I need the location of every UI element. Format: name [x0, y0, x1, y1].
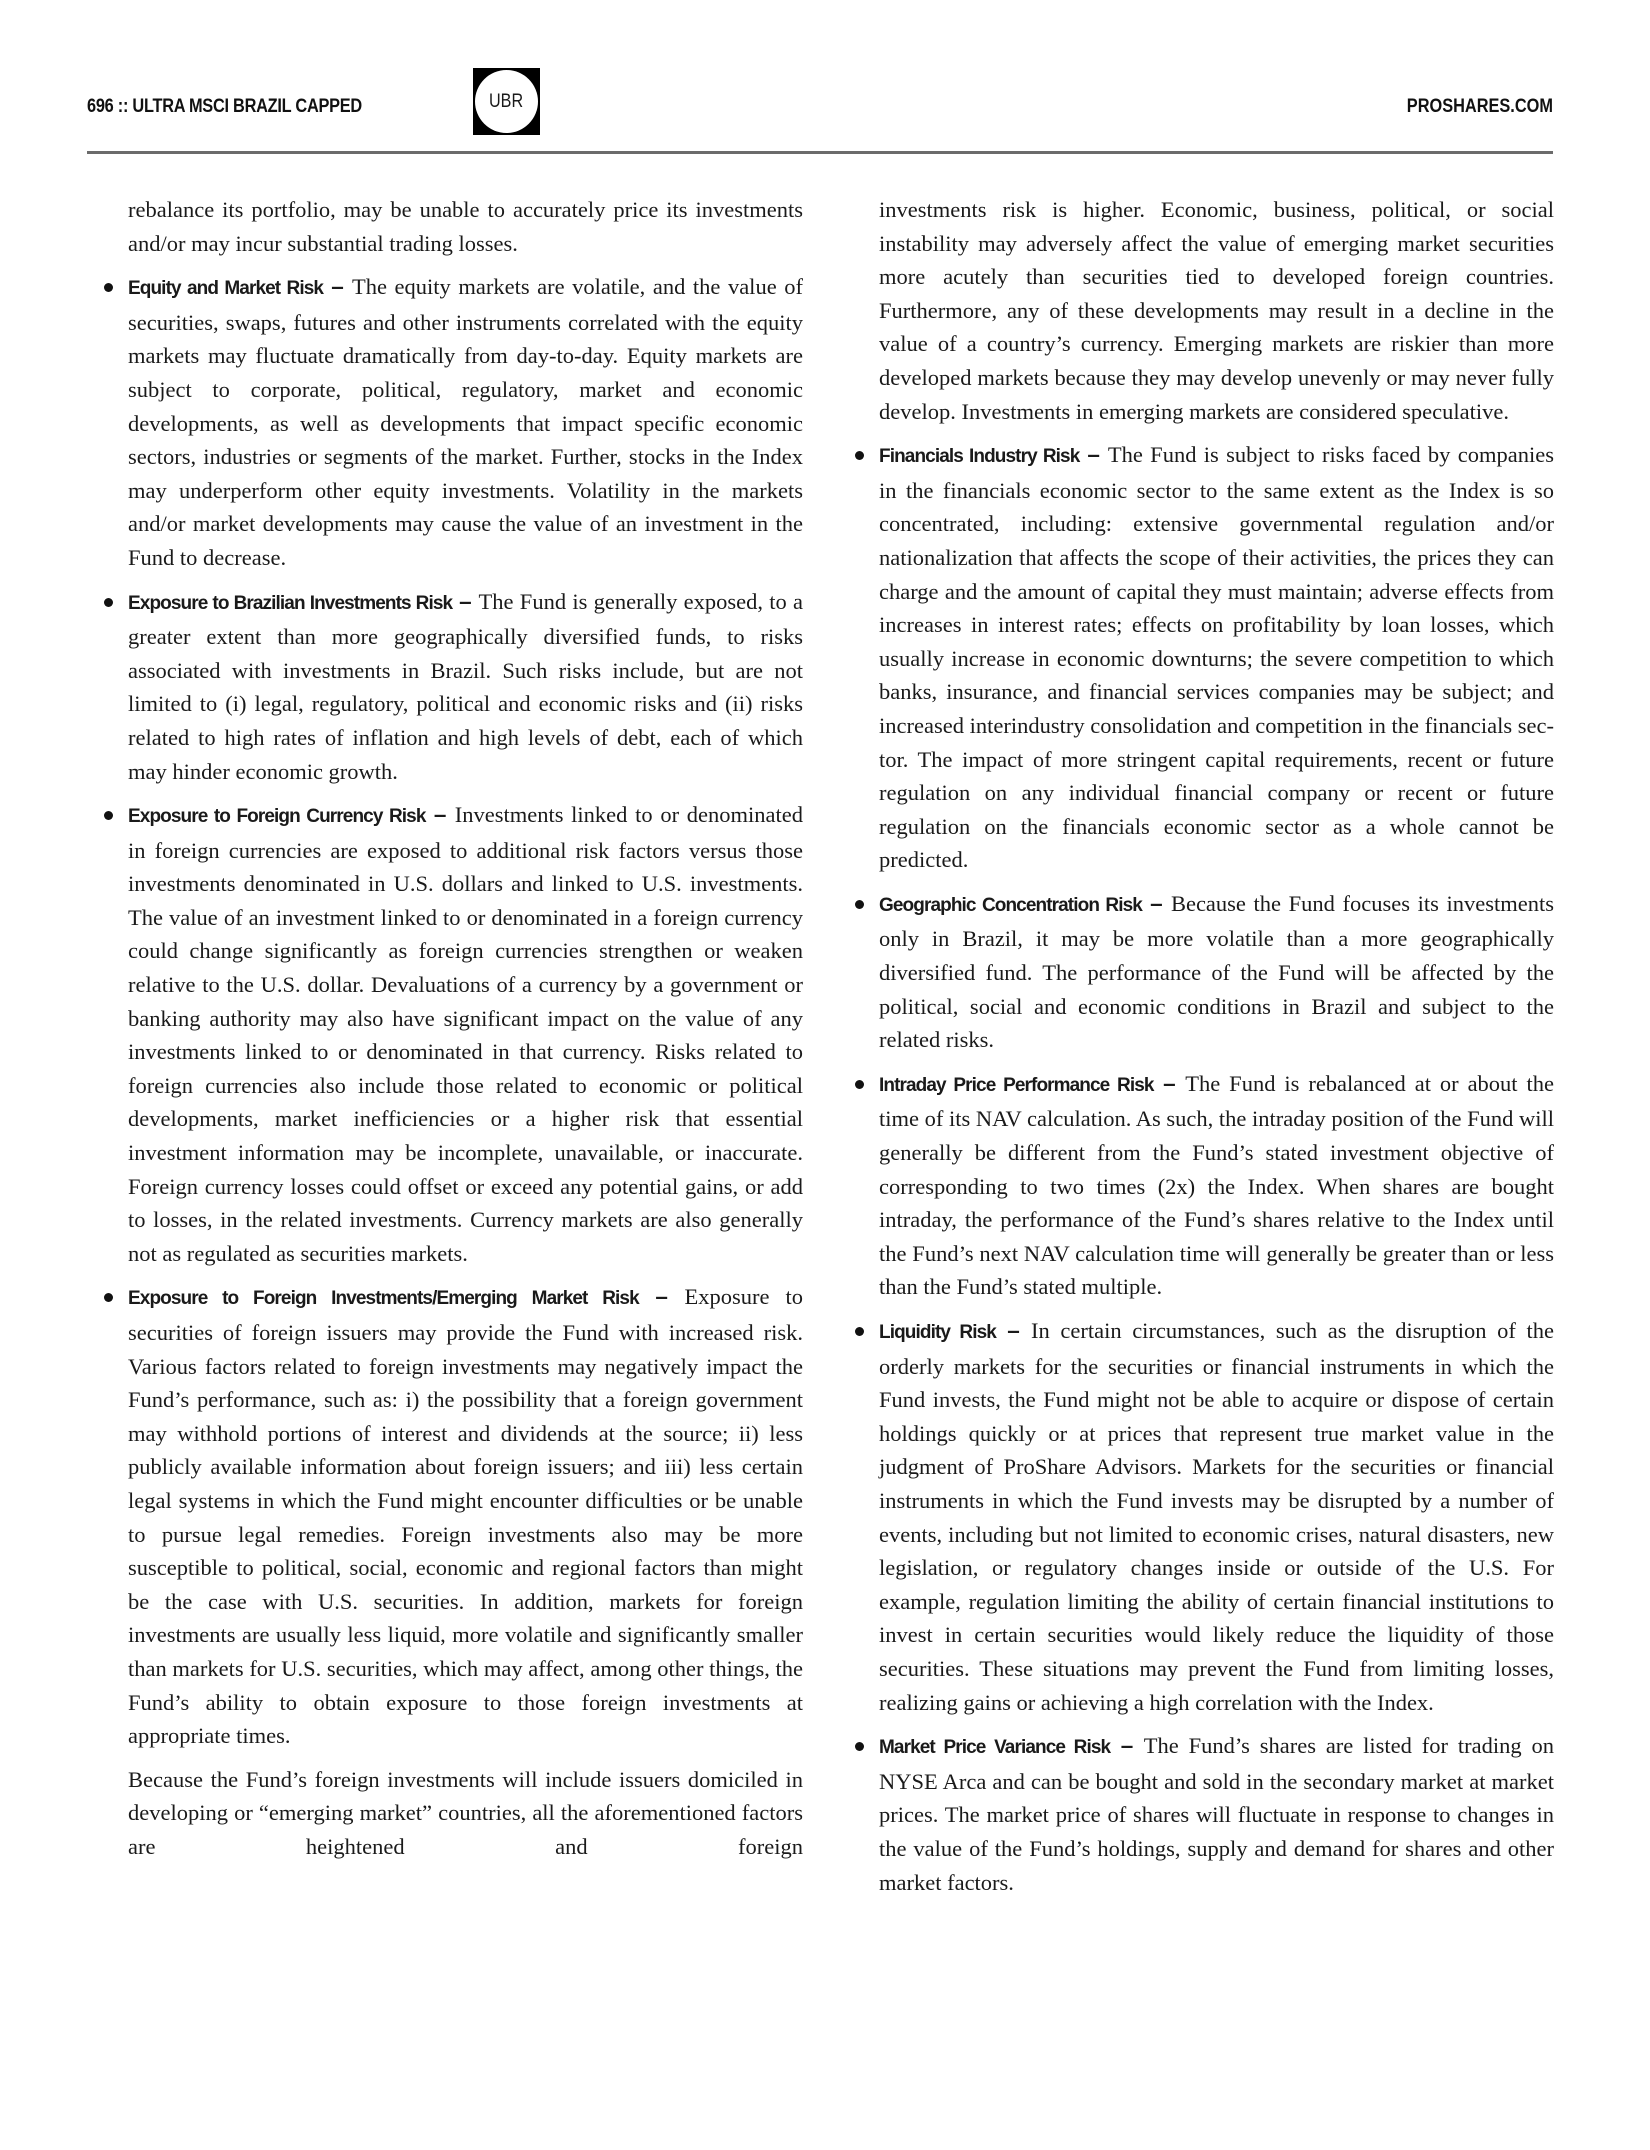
- dash-separator: –: [1079, 442, 1107, 467]
- ticker-badge: UBR: [473, 68, 540, 135]
- ticker-badge-label: UBR: [489, 91, 523, 113]
- header-site-link: PROSHARES.COM: [1407, 96, 1553, 118]
- right-column: investments risk is higher. Economic, bu…: [879, 193, 1554, 1909]
- bullet-icon: [855, 451, 864, 460]
- dash-separator: –: [452, 589, 478, 614]
- risk-body: Exposure to securities of foreign issuer…: [128, 1284, 803, 1748]
- risk-body: Investments linked to or denominated in …: [128, 802, 803, 1266]
- bullet-icon: [855, 1327, 864, 1336]
- risk-title: Exposure to Foreign Investments/Emerging…: [128, 1288, 639, 1309]
- bullet-icon: [855, 1080, 864, 1089]
- risk-item-foreign-emerging: Exposure to Foreign Investments/Emerging…: [128, 1280, 803, 1752]
- continuation-paragraph: rebalance its portfolio, may be unable t…: [128, 193, 803, 260]
- risk-item-intraday-price: Intraday Price Performance Risk – The Fu…: [879, 1067, 1554, 1304]
- risk-title: Market Price Variance Risk: [879, 1737, 1110, 1758]
- risk-item-liquidity: Liquidity Risk – In certain circumstance…: [879, 1314, 1554, 1719]
- bullet-icon: [104, 283, 113, 292]
- header-page-title: 696 :: ULTRA MSCI BRAZIL CAPPED: [87, 96, 362, 118]
- risk-body: In certain circumstances, such as the di…: [879, 1318, 1554, 1715]
- dash-separator: –: [639, 1284, 685, 1309]
- bullet-icon: [855, 900, 864, 909]
- risk-item-geographic-concentration: Geographic Concentration Risk – Because …: [879, 887, 1554, 1057]
- risk-title: Exposure to Brazilian Investments Risk: [128, 593, 452, 614]
- dash-separator: –: [996, 1318, 1031, 1343]
- dash-separator: –: [323, 274, 352, 299]
- risk-item-brazilian-investments: Exposure to Brazilian Investments Risk –…: [128, 585, 803, 789]
- risk-item-foreign-currency: Exposure to Foreign Currency Risk – Inve…: [128, 798, 803, 1270]
- risk-body: The Fund is subject to risks faced by co…: [879, 442, 1554, 872]
- bullet-icon: [104, 598, 113, 607]
- dash-separator: –: [1110, 1733, 1144, 1758]
- risk-body: The equity markets are volatile, and the…: [128, 274, 803, 570]
- ticker-badge-circle-icon: UBR: [475, 70, 538, 133]
- page-header: 696 :: ULTRA MSCI BRAZIL CAPPED UBR PROS…: [87, 60, 1553, 156]
- risk-item-equity-market: Equity and Market Risk – The equity mark…: [128, 270, 803, 574]
- risk-title: Equity and Market Risk: [128, 278, 323, 299]
- emerging-market-paragraph: Because the Fund’s foreign investments w…: [128, 1763, 803, 1864]
- bullet-icon: [104, 1293, 113, 1302]
- risk-item-market-price-variance: Market Price Variance Risk – The Fund’s …: [879, 1729, 1554, 1899]
- risk-title: Liquidity Risk: [879, 1322, 996, 1343]
- risk-title: Exposure to Foreign Currency Risk: [128, 806, 426, 827]
- risk-body: The Fund is generally exposed, to a grea…: [128, 589, 803, 784]
- bullet-icon: [104, 811, 113, 820]
- risk-body: The Fund is rebalanced at or about the t…: [879, 1071, 1554, 1300]
- header-divider: [87, 151, 1553, 154]
- risk-item-financials-industry: Financials Industry Risk – The Fund is s…: [879, 438, 1554, 877]
- risk-title: Financials Industry Risk: [879, 446, 1079, 467]
- risk-title: Geographic Concentration Risk: [879, 895, 1142, 916]
- bullet-icon: [855, 1742, 864, 1751]
- continuation-paragraph: investments risk is higher. Economic, bu…: [879, 193, 1554, 428]
- risk-title: Intraday Price Performance Risk: [879, 1075, 1154, 1096]
- dash-separator: –: [426, 802, 455, 827]
- dash-separator: –: [1154, 1071, 1186, 1096]
- dash-separator: –: [1142, 891, 1171, 916]
- left-column: rebalance its portfolio, may be unable t…: [128, 193, 803, 1874]
